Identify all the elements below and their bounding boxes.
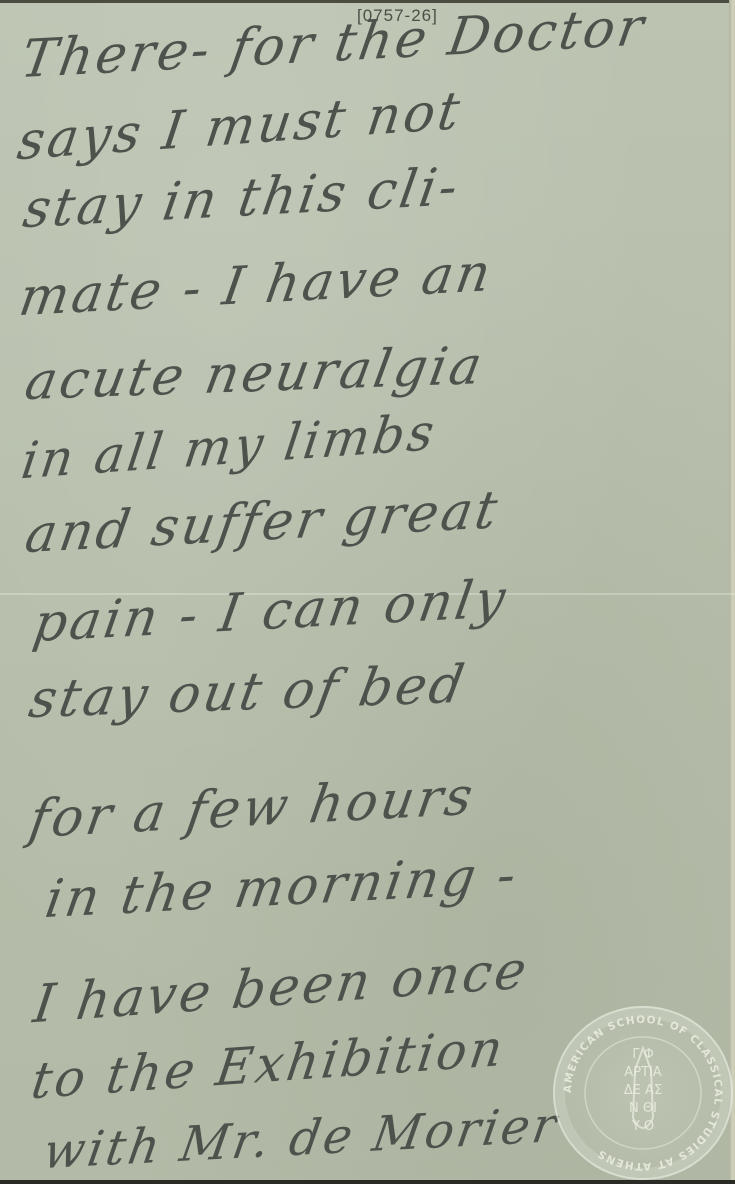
letter-page: [0757-26] There- for the Doctorsays I mu… xyxy=(0,0,735,1184)
handwritten-line: and suffer great xyxy=(21,480,504,565)
handwritten-line: says I must not xyxy=(14,81,466,173)
handwritten-line: for a few hours xyxy=(25,766,479,850)
handwritten-line: acute neuralgia xyxy=(21,336,489,412)
handwritten-line: with Mr. de Morier xyxy=(40,1097,564,1181)
handwritten-line: in all my limbs xyxy=(18,403,441,491)
seal-letter-row: Γ Φ xyxy=(595,1046,691,1064)
seal-letter-row: Υ Ο xyxy=(595,1118,691,1136)
seal-center-letters: Γ ΦΑΡΤΙΑΔΕ ΑΣΝ ΘΙΥ Ο xyxy=(595,1046,691,1142)
scan-bottom-edge xyxy=(0,1180,735,1184)
seal-letter-row: ΔΕ ΑΣ xyxy=(595,1082,691,1100)
handwritten-line: I have been once xyxy=(30,940,533,1035)
scan-right-edge xyxy=(729,0,735,1184)
handwritten-line: stay in this cli- xyxy=(19,157,464,240)
seal-letter-row: Ν ΘΙ xyxy=(595,1100,691,1118)
handwritten-line: to the Exhibition xyxy=(28,1019,509,1111)
handwritten-line: There- for the Doctor xyxy=(17,0,650,90)
seal-letter-row: ΑΡΤΙΑ xyxy=(595,1064,691,1082)
handwritten-line: pain - I can only xyxy=(29,569,512,654)
institution-seal-stamp: AMERICAN SCHOOL OF CLASSICAL STUDIES AT … xyxy=(553,1006,733,1180)
handwritten-line: stay out of bed xyxy=(25,655,472,731)
handwritten-line: in the morning - xyxy=(41,845,523,930)
handwritten-line: mate - I have an xyxy=(15,243,497,328)
